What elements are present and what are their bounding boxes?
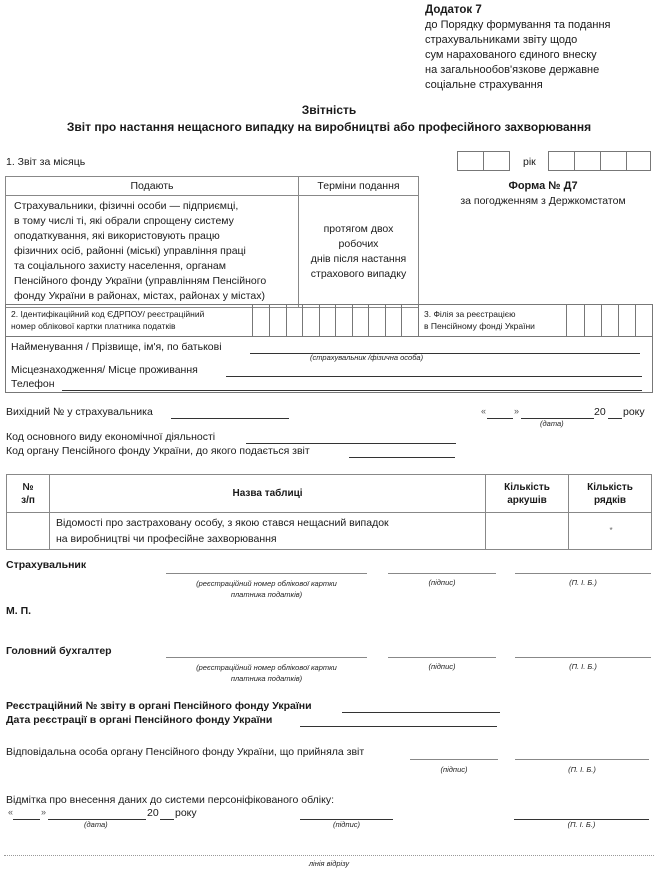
col-name-header: Назва таблиці xyxy=(50,475,486,513)
year-cell-divider xyxy=(626,152,627,170)
name-input[interactable] xyxy=(250,353,640,354)
row-rows-cell[interactable]: * xyxy=(569,513,652,550)
pers-date-year-prefix: 20 xyxy=(147,807,159,819)
year-cell-divider xyxy=(574,152,575,170)
insurer-reg-input[interactable] xyxy=(166,573,367,574)
pers-date-close-quote: » xyxy=(41,807,46,817)
code-cell-divider xyxy=(302,305,303,336)
row-sheets-cell[interactable] xyxy=(486,513,569,550)
insurer-fio-caption: (П. І. Б.) xyxy=(515,578,651,587)
annex-title: Додаток 7 xyxy=(425,3,655,18)
caption-line: (реєстраційний номер облікової картки xyxy=(166,662,367,673)
branch-cell-divider xyxy=(618,305,619,336)
annex-line: на загальнообов'язкове державне xyxy=(425,63,655,78)
accountant-fio-caption: (П. І. Б.) xyxy=(515,662,651,671)
deadline-line: днів після настання xyxy=(305,252,412,267)
address-input[interactable] xyxy=(226,376,642,377)
period-label: 1. Звіт за місяць xyxy=(6,156,85,168)
pers-date-open-quote: « xyxy=(8,807,13,817)
insurer-sign-caption: (підпис) xyxy=(388,578,496,587)
branch-cell-divider xyxy=(584,305,585,336)
name-label: Найменування / Прізвище, ім'я, по батько… xyxy=(11,341,222,353)
submitters-line: фонду України в районах, містах, районах… xyxy=(14,289,290,304)
form-number: Форма № Д7 xyxy=(430,180,656,192)
year-label: рік xyxy=(523,156,536,168)
annex-line: соціальне страхування xyxy=(425,78,655,93)
personification-label: Відмітка про внесення даних до системи п… xyxy=(6,794,334,806)
responsible-label: Відповідальна особа органу Пенсійного фо… xyxy=(6,746,364,758)
reg-date-label: Дата реєстрації в органі Пенсійного фонд… xyxy=(6,714,272,726)
col-num-header-line: № xyxy=(11,481,45,494)
col-sheets-header-line: аркушів xyxy=(490,494,564,507)
responsible-sign-caption: (підпис) xyxy=(410,765,498,774)
outgoing-input[interactable] xyxy=(171,418,289,419)
insurer-sign-input[interactable] xyxy=(388,573,496,574)
code-cell-divider xyxy=(401,305,402,336)
branch-label-line: 3. Філія за реєстрацією xyxy=(424,308,535,320)
accountant-fio-input[interactable] xyxy=(515,657,651,658)
pers-fio-caption: (П. І. Б.) xyxy=(514,820,649,829)
col-num-header: № з/п xyxy=(7,475,50,513)
branch-cell-divider xyxy=(635,305,636,336)
annex-line: страхувальниками звіту щодо xyxy=(425,33,655,48)
page-subtitle: Звіт про настання нещасного випадку на в… xyxy=(0,120,658,134)
year-cell-divider xyxy=(600,152,601,170)
date-year-prefix: 20 xyxy=(594,406,606,418)
submitters-line: в тому числі ті, які обрали спрощену сис… xyxy=(14,214,290,229)
address-label: Місцезнаходження/ Місце проживання xyxy=(11,364,198,376)
reg-no-label: Реєстраційний № звіту в органі Пенсійног… xyxy=(6,700,312,712)
id-code-field[interactable] xyxy=(252,304,419,337)
annex-line: сум нарахованого єдиного внеску xyxy=(425,48,655,63)
caption-line: платника податків) xyxy=(166,673,367,684)
responsible-fio-caption: (П. І. Б.) xyxy=(515,765,649,774)
date-suffix: року xyxy=(623,406,645,418)
form-approval: за погодженням з Держкомстатом xyxy=(430,195,656,207)
deadline-header: Терміни подання xyxy=(299,177,419,196)
col-num-header-line: з/п xyxy=(11,494,45,507)
phone-label: Телефон xyxy=(11,378,55,390)
col-rows-header-line: рядків xyxy=(573,494,647,507)
accountant-sign-input[interactable] xyxy=(388,657,496,658)
date-year-input[interactable] xyxy=(608,418,622,419)
date-day-input[interactable] xyxy=(487,418,513,419)
accountant-label: Головний бухгалтер xyxy=(6,645,112,657)
col-sheets-header-line: Кількість xyxy=(490,481,564,494)
accountant-reg-caption: (реєстраційний номер облікової картки пл… xyxy=(166,662,367,684)
branch-cell-divider xyxy=(601,305,602,336)
pers-date-caption: (дата) xyxy=(84,820,108,829)
code-cell-divider xyxy=(319,305,320,336)
deadline-cell: протягом двох робочих днів після настанн… xyxy=(299,196,419,308)
submitters-cell: Страхувальники, фізичні особи — підприєм… xyxy=(6,196,299,308)
submitters-line: та соціального захисту населення, органа… xyxy=(14,259,290,274)
pfu-label: Код органу Пенсійного фонду України, до … xyxy=(6,445,310,457)
code-cell-divider xyxy=(286,305,287,336)
submitters-line: Пенсійного фонду України (управлінням Пе… xyxy=(14,274,290,289)
row-name-cell: Відомості про застраховану особу, з якою… xyxy=(50,513,486,550)
insurer-fio-input[interactable] xyxy=(515,573,651,574)
id-code-label: 2. Ідентифікаційний код ЄДРПОУ/ реєстрац… xyxy=(11,308,204,332)
pfu-input[interactable] xyxy=(349,457,455,458)
submitters-line: фізичних осіб, районні (міські) управлін… xyxy=(14,244,290,259)
pers-date-year-input[interactable] xyxy=(160,819,174,820)
accountant-sign-caption: (підпис) xyxy=(388,662,496,671)
submitters-header: Подають xyxy=(6,177,299,196)
insurer-reg-caption: (реєстраційний номер облікової картки пл… xyxy=(166,578,367,600)
pers-sign-caption: (підпис) xyxy=(300,820,393,829)
id-code-label-line: номер облікової картки платника податків xyxy=(11,320,204,332)
col-sheets-header: Кількість аркушів xyxy=(486,475,569,513)
tables-list: № з/п Назва таблиці Кількість аркушів Кі… xyxy=(6,474,652,550)
page-title: Звітність xyxy=(0,103,658,117)
col-rows-header-line: Кількість xyxy=(573,481,647,494)
activity-label: Код основного виду економічної діяльност… xyxy=(6,431,215,443)
branch-field[interactable] xyxy=(566,304,653,337)
stamp-label: М. П. xyxy=(6,605,31,617)
outgoing-label: Вихідний № у страхувальника xyxy=(6,406,153,418)
id-code-label-line: 2. Ідентифікаційний код ЄДРПОУ/ реєстрац… xyxy=(11,308,204,320)
row-num-cell[interactable] xyxy=(7,513,50,550)
pers-date-day-input[interactable] xyxy=(13,819,40,820)
code-cell-divider xyxy=(269,305,270,336)
caption-line: (реєстраційний номер облікової картки xyxy=(166,578,367,589)
pers-date-suffix: року xyxy=(175,807,197,819)
code-cell-divider xyxy=(352,305,353,336)
date-close-quote: » xyxy=(514,406,519,416)
reg-date-input[interactable] xyxy=(300,726,497,727)
responsible-fio-input[interactable] xyxy=(515,759,649,760)
annex-block: Додаток 7 до Порядку формування та подан… xyxy=(425,3,655,93)
submitters-line: Страхувальники, фізичні особи — підприєм… xyxy=(14,199,290,214)
code-cell-divider xyxy=(368,305,369,336)
month-field[interactable] xyxy=(457,151,510,171)
date-open-quote: « xyxy=(481,406,486,416)
responsible-sign-input[interactable] xyxy=(410,759,498,760)
branch-label: 3. Філія за реєстрацією в Пенсійному фон… xyxy=(424,308,535,332)
col-rows-header: Кількість рядків xyxy=(569,475,652,513)
caption-line: платника податків) xyxy=(166,589,367,600)
code-cell-divider xyxy=(335,305,336,336)
cut-line-label: лінія відрізу xyxy=(0,859,658,868)
submitters-line: оподаткування, які використовують працю xyxy=(14,229,290,244)
table-row: Відомості про застраховану особу, з якою… xyxy=(7,513,652,550)
deadline-line: протягом двох робочих xyxy=(305,222,412,252)
accountant-reg-input[interactable] xyxy=(166,657,367,658)
submitters-table: Подають Терміни подання Страхувальники, … xyxy=(5,176,419,308)
date-caption: (дата) xyxy=(540,419,564,428)
insurer-label: Страхувальник xyxy=(6,559,86,571)
annex-line: до Порядку формування та подання xyxy=(425,18,655,33)
reg-no-input[interactable] xyxy=(342,712,500,713)
year-field[interactable] xyxy=(548,151,651,171)
phone-input[interactable] xyxy=(62,390,642,391)
code-cell-divider xyxy=(385,305,386,336)
row-name-line: на виробництві чи професійне захворюванн… xyxy=(56,531,481,547)
deadline-line: страхового випадку xyxy=(305,267,412,282)
branch-label-line: в Пенсійному фонді України xyxy=(424,320,535,332)
name-caption: (страхувальник /фізична особа) xyxy=(310,353,423,362)
cut-line xyxy=(4,855,654,856)
month-cell-divider xyxy=(483,152,484,170)
row-name-line: Відомості про застраховану особу, з якою… xyxy=(56,515,481,531)
activity-input[interactable] xyxy=(246,443,456,444)
